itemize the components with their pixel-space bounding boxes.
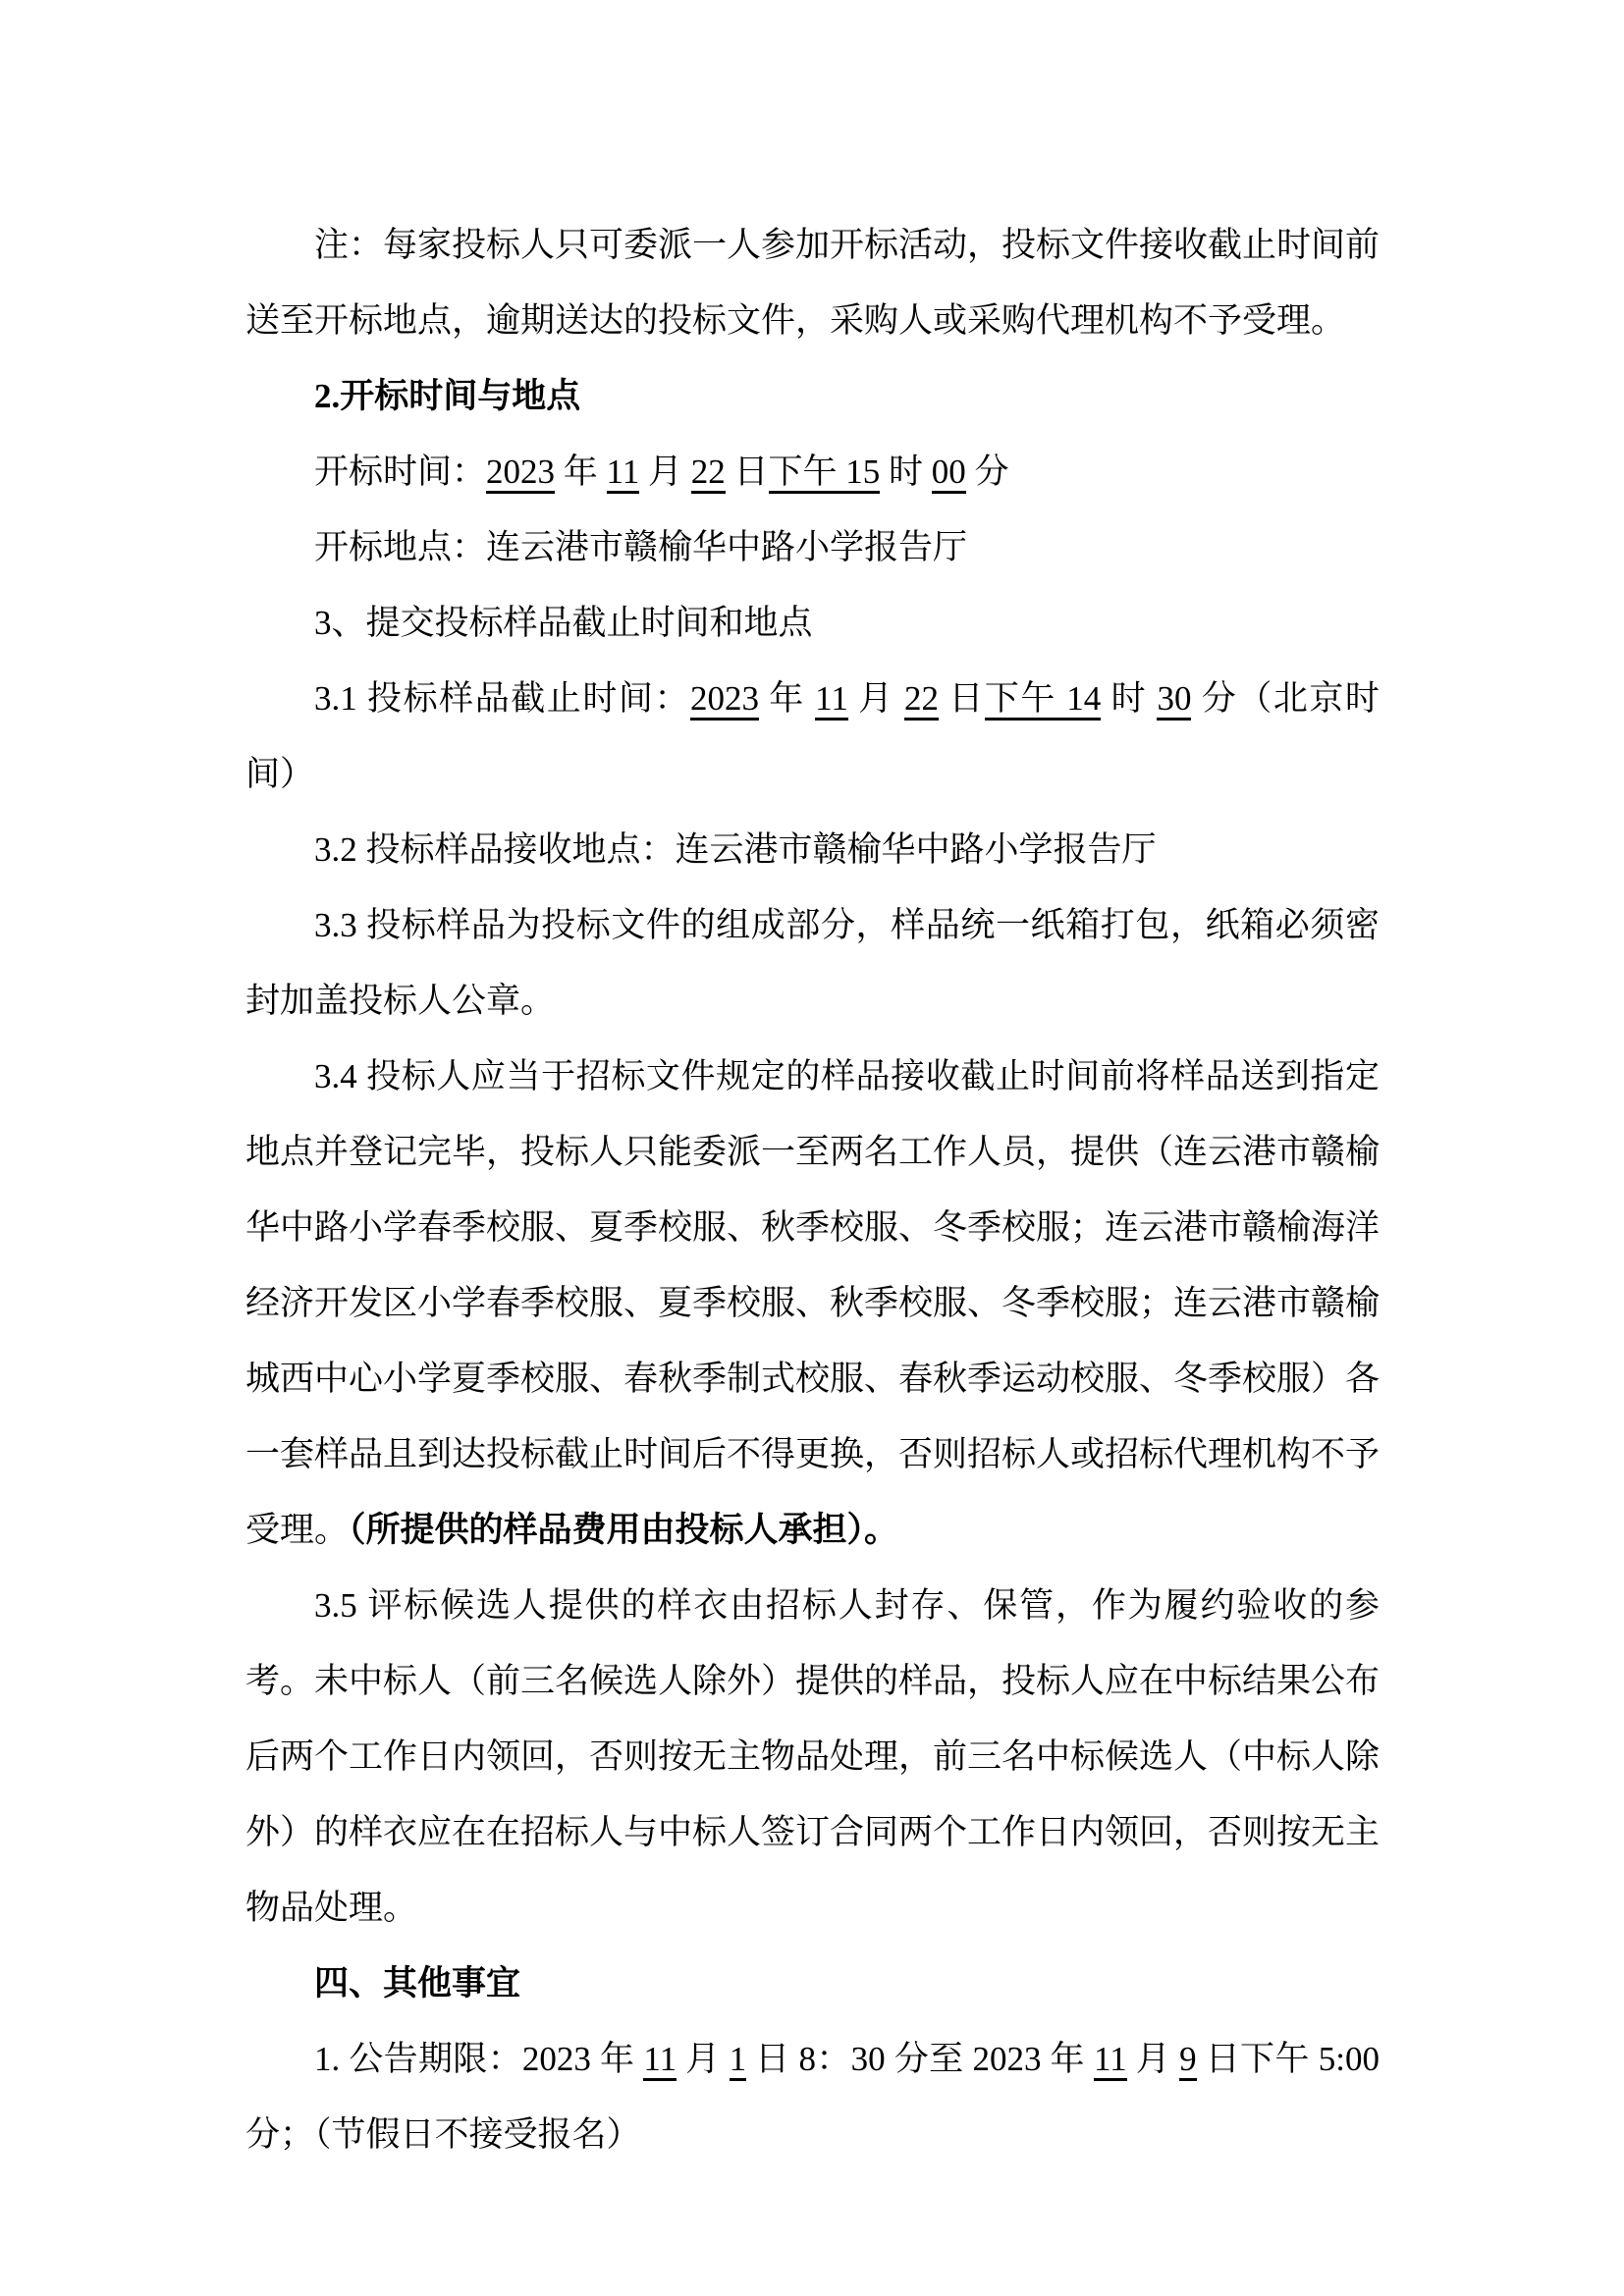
text-run: 月 [677, 2040, 729, 2078]
text-run: 22 [691, 453, 726, 494]
text-run: （所提供的样品费用由投标人承担）。 [349, 1511, 898, 1549]
text-run: 时 [880, 453, 932, 491]
text-run: 2023 [486, 453, 555, 494]
text-run: 11 [815, 679, 848, 721]
text-run: 月 [639, 453, 691, 491]
clause-3-1: 3.1 投标样品截止时间：2023 年 11 月 22 日下午 14 时 30 … [245, 661, 1380, 812]
clause-3-5: 3.5 评标候选人提供的样衣由招标人封存、保管，作为履约验收的参考。未中标人（前… [245, 1568, 1380, 1946]
text-run: 1. 公告期限：2023 年 [314, 2040, 643, 2078]
text-run: 11 [643, 2040, 677, 2081]
text-run: 22 [904, 679, 939, 721]
text-run: 日 [726, 453, 769, 491]
bid-opening-time: 开标时间：2023 年 11 月 22 日下午 15 时 00 分 [245, 434, 1380, 509]
text-run: 月 [1127, 2040, 1179, 2078]
bid-opening-place: 开标地点：连云港市赣榆华中路小学报告厅 [245, 509, 1380, 585]
text-run: 月 [848, 679, 904, 718]
text-run: 2023 [690, 679, 759, 721]
text-run: 四、其他事宜 [314, 1964, 520, 2002]
text-run: 00 [932, 453, 966, 494]
text-run: 3.4 投标人应当于招标文件规定的样品接收截止时间前将样品送到指定地点并登记完毕… [245, 1057, 1380, 1549]
text-run: 开标地点：连云港市赣榆华中路小学报告厅 [314, 528, 967, 566]
text-run: 9 [1179, 2040, 1197, 2081]
note-paragraph: 注：每家投标人只可委派一人参加开标活动，投标文件接收截止时间前送至开标地点，逾期… [245, 207, 1380, 358]
document-page: 注：每家投标人只可委派一人参加开标活动，投标文件接收截止时间前送至开标地点，逾期… [0, 0, 1624, 2296]
text-run: 3、提交投标样品截止时间和地点 [314, 604, 813, 642]
section-3-title: 3、提交投标样品截止时间和地点 [245, 585, 1380, 661]
text-run: 3.2 投标样品接收地点：连云港市赣榆华中路小学报告厅 [314, 830, 1157, 869]
text-run: 注：每家投标人只可委派一人参加开标活动，投标文件接收截止时间前送至开标地点，逾期… [245, 226, 1380, 340]
text-run: 分 [966, 453, 1009, 491]
heading-bid-opening: 2.开标时间与地点 [245, 358, 1380, 434]
text-run: 日 [939, 679, 985, 718]
text-run: 3.1 投标样品截止时间： [314, 679, 690, 718]
text-run: 2.开标时间与地点 [314, 377, 580, 415]
text-run: 下午 15 [769, 453, 881, 494]
clause-3-4: 3.4 投标人应当于招标文件规定的样品接收截止时间前将样品送到指定地点并登记完毕… [245, 1039, 1380, 1568]
clause-3-2: 3.2 投标样品接收地点：连云港市赣榆华中路小学报告厅 [245, 812, 1380, 887]
text-run: 时 [1101, 679, 1157, 718]
notice-period: 1. 公告期限：2023 年 11 月 1 日 8：30 分至 2023 年 1… [245, 2021, 1380, 2172]
text-run: 30 [1157, 679, 1191, 721]
text-run: 11 [607, 453, 640, 494]
clause-3-3: 3.3 投标样品为投标文件的组成部分，样品统一纸箱打包，纸箱必须密封加盖投标人公… [245, 887, 1380, 1039]
text-run: 3.5 评标候选人提供的样衣由招标人封存、保管，作为履约验收的参考。未中标人（前… [245, 1586, 1380, 1927]
text-run: 日 8：30 分至 2023 年 [746, 2040, 1094, 2078]
text-run: 3.3 投标样品为投标文件的组成部分，样品统一纸箱打包，纸箱必须密封加盖投标人公… [245, 906, 1380, 1020]
text-run: 年 [555, 453, 607, 491]
text-run: 开标时间： [314, 453, 486, 491]
heading-other-matters: 四、其他事宜 [245, 1946, 1380, 2021]
text-run: 下午 14 [985, 679, 1101, 721]
text-run: 年 [759, 679, 815, 718]
text-run: 1 [730, 2040, 747, 2081]
text-run: 11 [1094, 2040, 1127, 2081]
